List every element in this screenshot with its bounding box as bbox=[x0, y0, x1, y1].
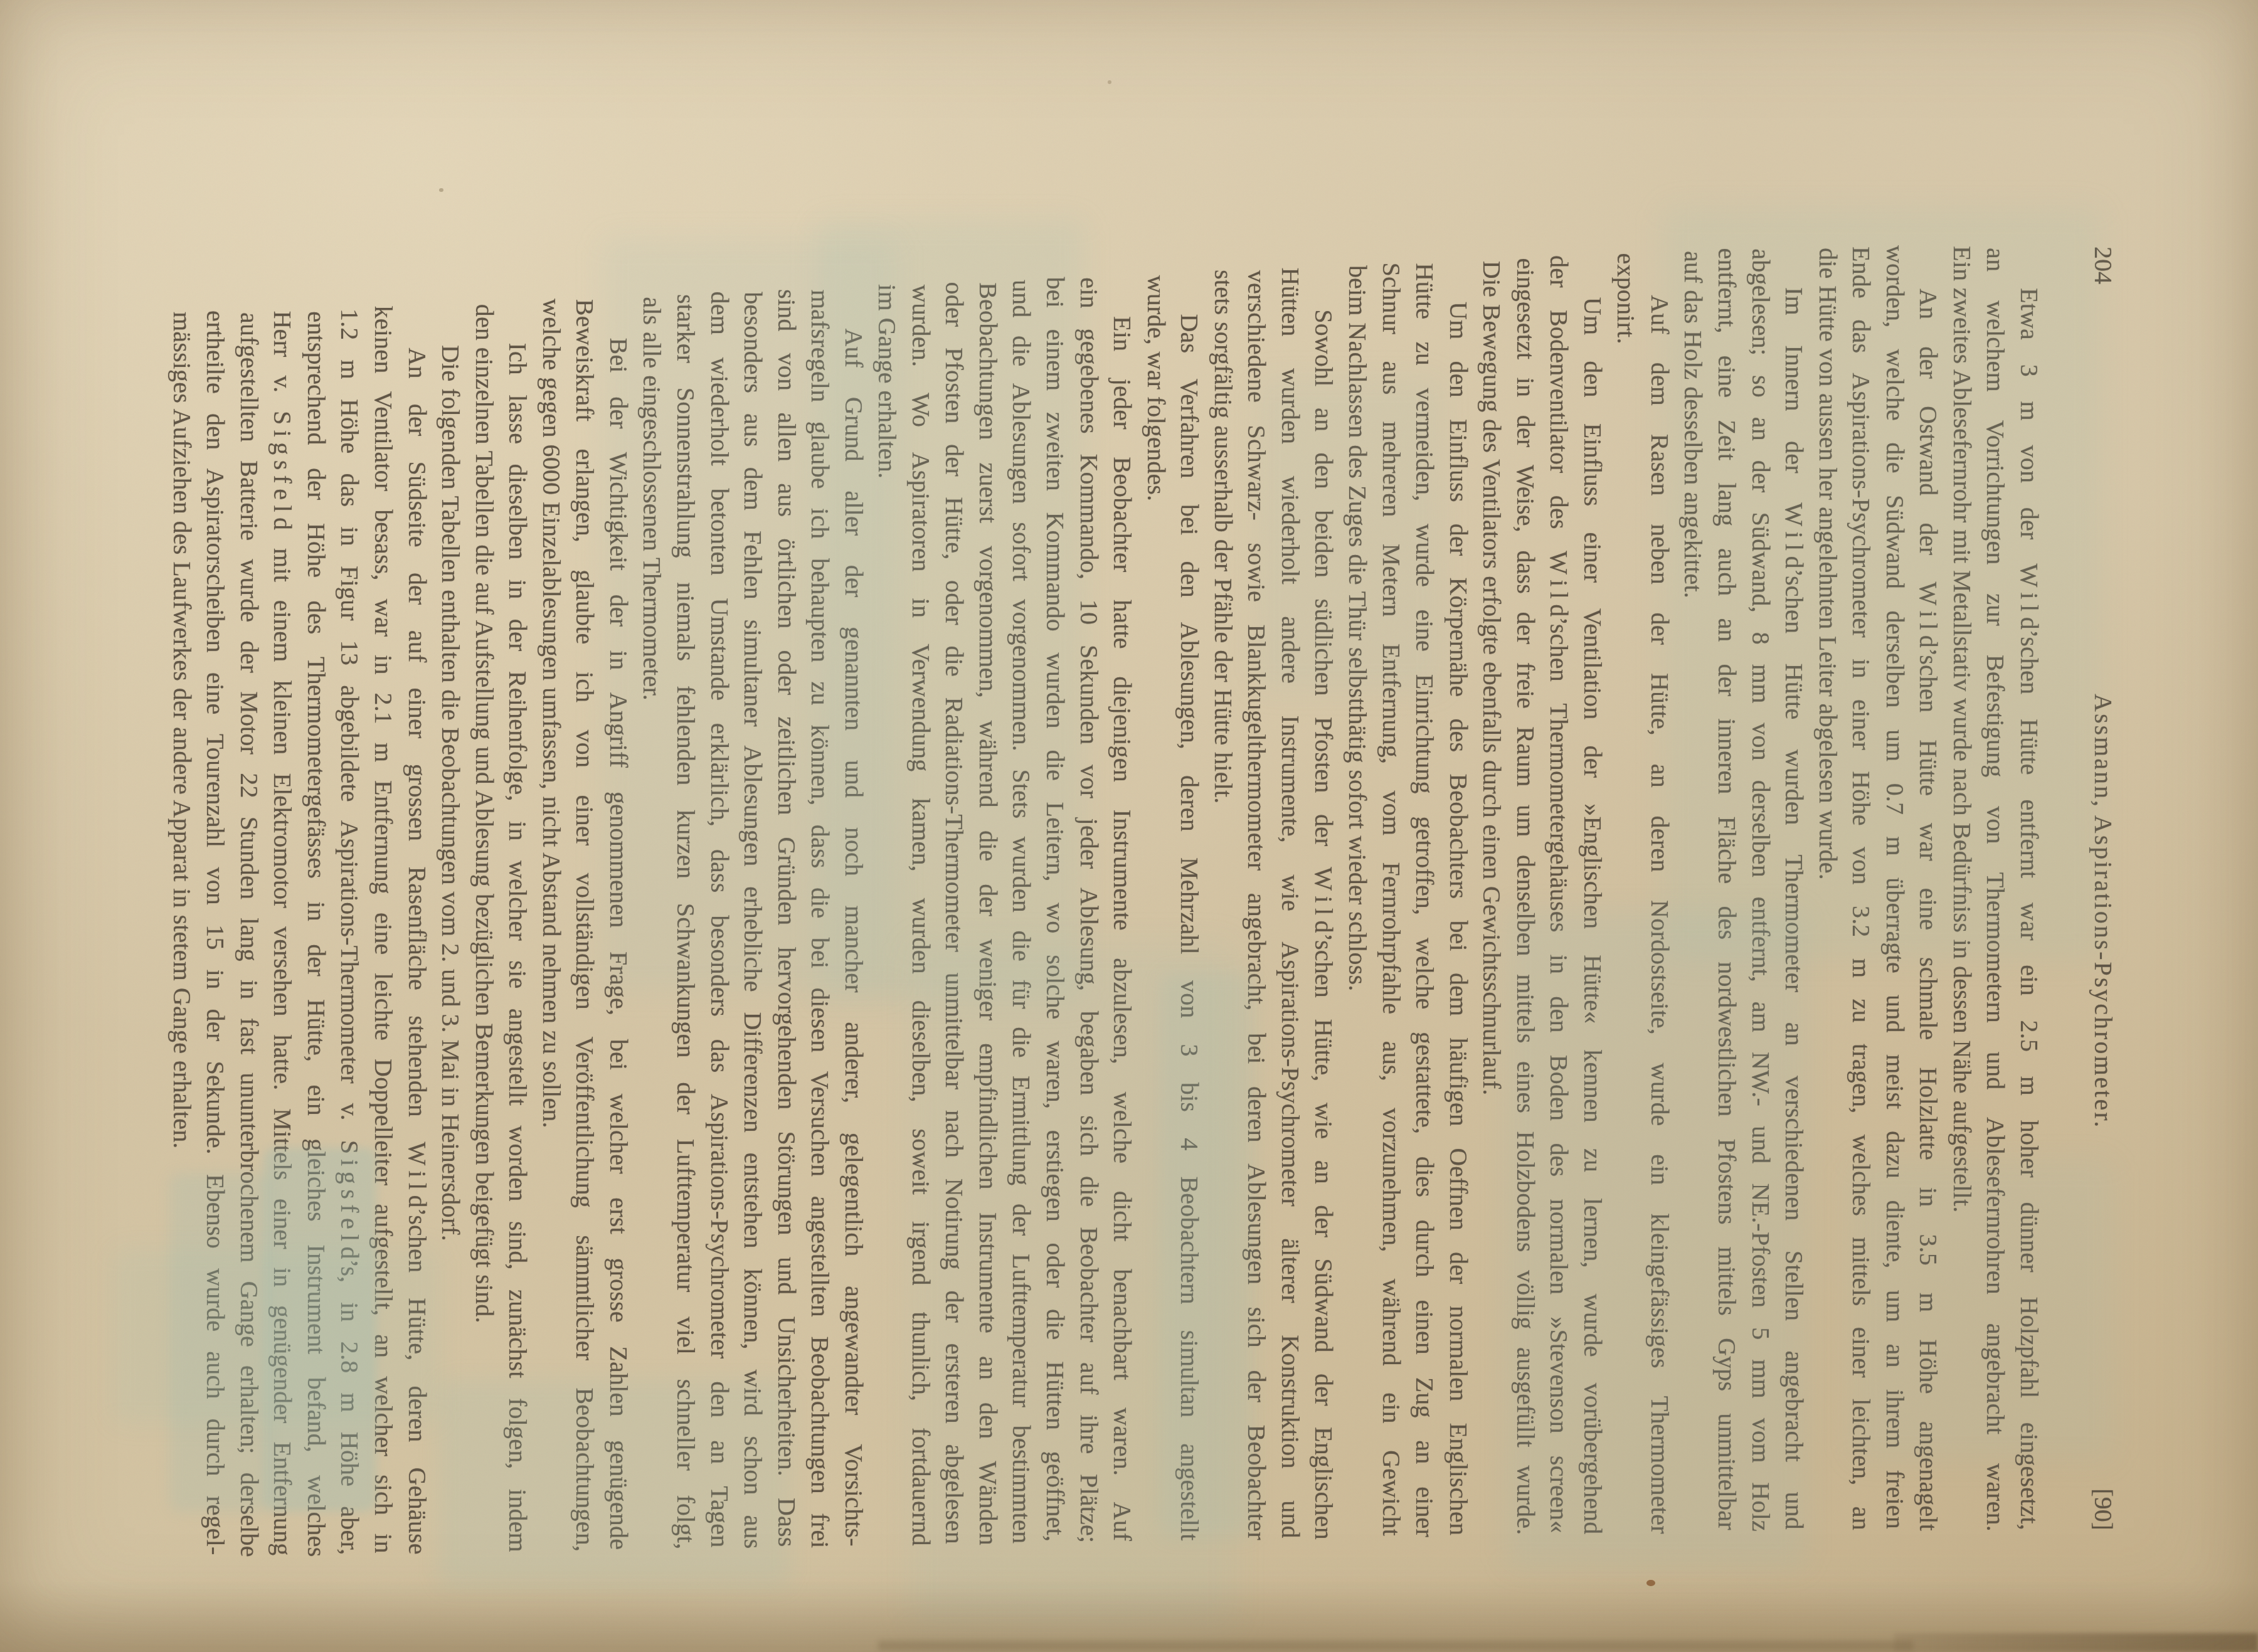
text-line: Ende das Aspirations-Psychrometer in ein… bbox=[1844, 246, 1878, 1530]
text-line: An der Ostwand der W i l d’schen Hütte w… bbox=[1911, 247, 1945, 1531]
text-line: Ein zweites Ablesefernrohr mit Metallsta… bbox=[1945, 246, 1979, 1530]
text-line: entsprechend der Höhe des Thermometergef… bbox=[299, 311, 333, 1557]
text-line: auf das Holz desselben angekittet. bbox=[1677, 251, 1710, 1532]
text-line: mafsregeln glaube ich behaupten zu könne… bbox=[803, 290, 837, 1549]
text-line: Beweiskraft erlangen, glaubte ich von ei… bbox=[568, 299, 602, 1552]
text-line: der Bodenventilator des W i l d’schen Th… bbox=[1542, 255, 1576, 1533]
text-line: worden, welche die Südwand derselben um … bbox=[1878, 245, 1912, 1529]
text-line: verschiedene Schwarz- sowie Blankkugelth… bbox=[1239, 270, 1273, 1540]
text-line: An der Südseite der auf einer grossen Ra… bbox=[400, 306, 434, 1554]
text-line: oder Pfosten der Hütte, oder die Radiati… bbox=[937, 282, 971, 1545]
text-line: 1.2 m Höhe das in Figur 13 abgebildete A… bbox=[333, 309, 367, 1555]
text-line: besonders aus dem Fehlen simultaner Able… bbox=[736, 292, 770, 1549]
text-line: beim Nachlassen des Zuges die Thür selbs… bbox=[1340, 265, 1374, 1538]
text-line: entfernt, eine Zeit lang auch an der inn… bbox=[1710, 248, 1744, 1530]
running-head: 204 Assmann, Aspirations-Psychrometer. [… bbox=[2086, 246, 2120, 1530]
text-line: sind von allen aus örtlichen oder zeitli… bbox=[770, 289, 803, 1547]
text-line: Schnur aus mehreren Metern Entfernung, v… bbox=[1374, 263, 1408, 1536]
text-line: Im Innern der W i l d’schen Hütte wurden… bbox=[1777, 246, 1811, 1530]
text-line: Auf dem Rasen neben der Hütte, an deren … bbox=[1643, 253, 1677, 1533]
text-line: Hütten wurden wiederholt andere Instrume… bbox=[1273, 268, 1307, 1538]
text-line: wurden. Wo Aspiratoren in Verwendung kam… bbox=[904, 285, 938, 1546]
text-line: an welchem Vorrichtungen zur Befestigung… bbox=[1978, 248, 2012, 1532]
text-line: Etwa 3 m von der W i l d’schen Hütte ent… bbox=[2012, 246, 2046, 1530]
text-line: Um den Einfluss einer Ventilation der »E… bbox=[1576, 256, 1609, 1535]
text-line: Ich lasse dieselben in der Reihenfolge, … bbox=[501, 301, 534, 1552]
text-line: Auf Grund aller der genannten und noch m… bbox=[837, 287, 871, 1546]
text-line: wurde, war folgendes. bbox=[1139, 275, 1173, 1543]
text-line: mässiges Aufziehen des Laufwerkes der an… bbox=[165, 312, 199, 1557]
text-line: aufgestellten Batterie wurde der Motor 2… bbox=[232, 312, 266, 1557]
text-line: exponirt. bbox=[1609, 253, 1643, 1533]
text-line: starker Sonnenstrahlung niemals fehlende… bbox=[669, 294, 702, 1549]
scanned-page: 204 Assmann, Aspirations-Psychrometer. [… bbox=[0, 0, 2258, 1652]
text-line: den einzelnen Tabellen die auf Aufstellu… bbox=[467, 304, 501, 1554]
text-line: Um den Einfluss der Körpernähe des Beoba… bbox=[1441, 260, 1475, 1535]
scanned-book-page-photo: 204 Assmann, Aspirations-Psychrometer. [… bbox=[0, 0, 2258, 1652]
text-line: stets sorgfältig ausserhalb der Pfähle d… bbox=[1206, 270, 1240, 1539]
text-line: Ein jeder Beobachter hatte diejenigen In… bbox=[1105, 275, 1139, 1541]
text-line: Bei der Wichtigkeit der in Angriff genom… bbox=[602, 297, 635, 1550]
text-line: als alle eingeschlossenen Thermometer. bbox=[635, 297, 669, 1551]
text-line: Beobachtungen zuerst vorgenommen, währen… bbox=[971, 282, 1005, 1545]
text-line: im Gange erhalten. bbox=[870, 284, 904, 1545]
text-line: bei einem zweiten Kommando wurden die Le… bbox=[1038, 277, 1072, 1542]
running-title: Assmann, Aspirations-Psychrometer. bbox=[2086, 694, 2120, 1129]
text-line: Sowohl an den beiden südlichen Pfosten d… bbox=[1307, 268, 1340, 1540]
text-line: keinen Ventilator besass, war in 2.1 m E… bbox=[366, 306, 400, 1554]
sheet-signature: [90] bbox=[2086, 1488, 2120, 1530]
text-line: ertheilte den Aspiratorscheiben eine Tou… bbox=[198, 310, 232, 1555]
text-line: Die Bewegung des Ventilators erfolgte eb… bbox=[1475, 261, 1508, 1537]
text-line: Herr v. S i g s f e l d mit einem kleine… bbox=[265, 311, 299, 1556]
text-line: die Hütte von aussen her angelehnten Lei… bbox=[1811, 248, 1845, 1532]
text-line: ein gegebenes Kommando, 10 Sekunden vor … bbox=[1072, 277, 1106, 1543]
text-line: abgelesen; so an der Südwand, 8 mm von d… bbox=[1744, 248, 1778, 1532]
text-line: und die Ablesungen sofort vorgenommen. S… bbox=[1005, 280, 1039, 1543]
text-line: welche gegen 6000 Einzelablesungen umfas… bbox=[534, 299, 568, 1550]
page-number: 204 bbox=[2086, 246, 2120, 284]
text-line: dem wiederholt betonten Umstande erklärl… bbox=[702, 292, 736, 1548]
text-line: Das Verfahren bei den Ablesungen, deren … bbox=[1172, 272, 1206, 1540]
text-line: eingesetzt in der Weise, dass der freie … bbox=[1508, 258, 1542, 1535]
text-line: Die folgenden Tabellen enthalten die Beo… bbox=[433, 304, 467, 1553]
text-line: Hütte zu vermeiden, wurde eine Einrichtu… bbox=[1407, 263, 1441, 1537]
